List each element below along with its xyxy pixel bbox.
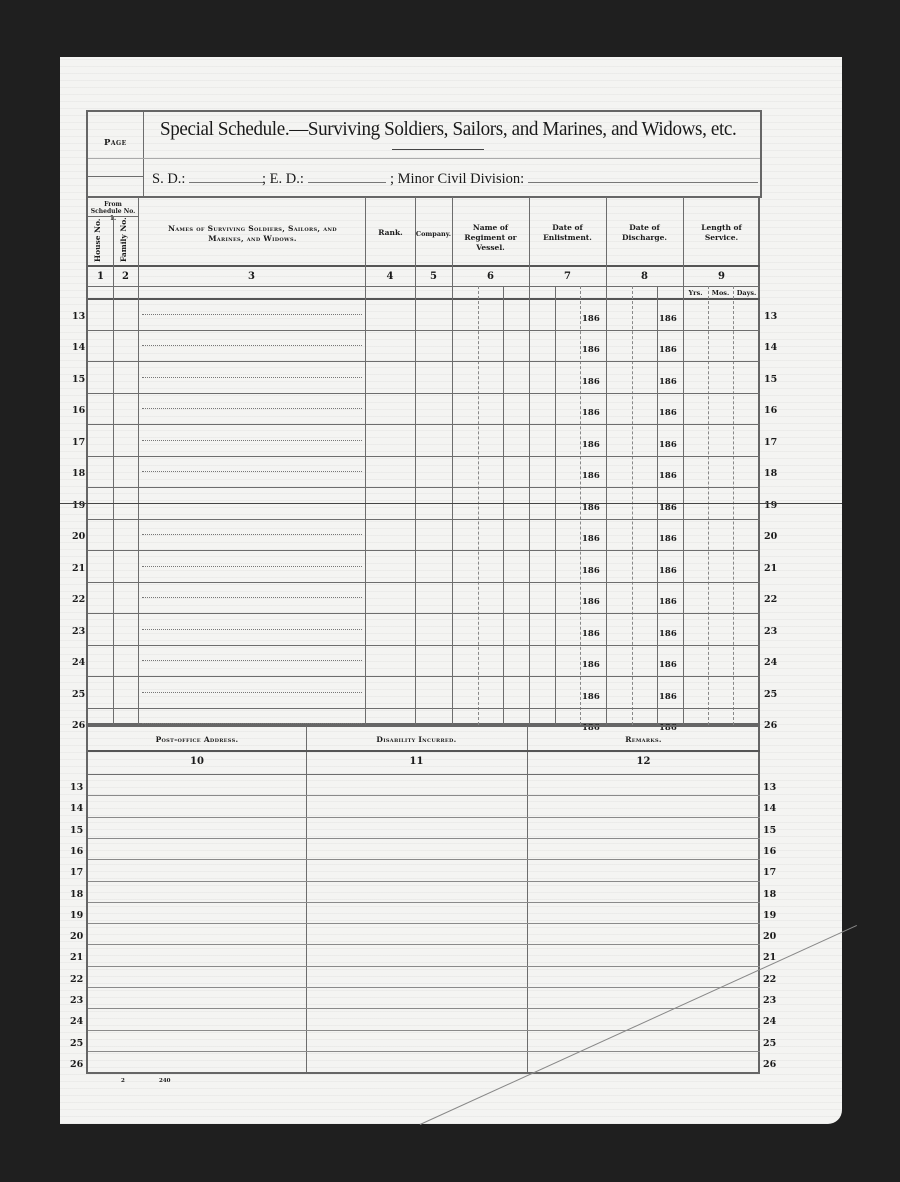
row-number: 24 [764, 657, 777, 668]
year-prefix: 186 [659, 408, 677, 418]
discharge-header-line1: Date of [606, 223, 683, 233]
row-number: 14 [72, 342, 85, 353]
row-number: 19 [764, 500, 777, 511]
house-no-label: House No. [93, 222, 102, 262]
service-header: Length of Service. [683, 223, 760, 243]
enlistment-header-line1: Date of [529, 223, 606, 233]
year-prefix: 186 [582, 629, 600, 639]
row-number: 14 [764, 342, 777, 353]
year-prefix: 186 [582, 566, 600, 576]
lower-table-row[interactable] [88, 838, 760, 859]
lower-row-number: 23 [763, 995, 776, 1006]
title-underline [392, 149, 484, 150]
lower-table-row[interactable] [88, 902, 760, 923]
lower-row-number: 14 [70, 803, 83, 814]
lower-table-row[interactable] [88, 1051, 760, 1072]
name-guide-line [142, 692, 362, 693]
lower-row-number: 13 [70, 782, 83, 793]
discharge-header-line2: Discharge. [606, 233, 683, 243]
mcd-blank[interactable] [528, 170, 758, 183]
header-divider [88, 158, 760, 159]
remarks-header: Remarks. [527, 735, 760, 745]
row-number: 13 [72, 311, 85, 322]
row-number: 15 [764, 374, 777, 385]
ed-field[interactable]: ; E. D.: [262, 170, 386, 188]
year-prefix: 186 [582, 471, 600, 481]
lower-row-number: 22 [763, 974, 776, 985]
row-number: 20 [72, 531, 85, 542]
col-num-1: 1 [88, 271, 113, 282]
year-prefix: 186 [582, 597, 600, 607]
row-number: 22 [72, 594, 85, 605]
sd-label: S. D.: [152, 171, 185, 187]
name-guide-line [142, 471, 362, 472]
column-number-rule [88, 286, 760, 287]
row-number: 21 [72, 563, 85, 574]
row-number: 16 [764, 405, 777, 416]
enlistment-header-line2: Enlistment. [529, 233, 606, 243]
col-num-10: 10 [88, 756, 306, 767]
lower-row-number: 26 [763, 1059, 776, 1070]
col-num-7: 7 [529, 271, 606, 282]
lower-row-number: 15 [70, 825, 83, 836]
row-number: 17 [764, 437, 777, 448]
discharge-header: Date of Discharge. [606, 223, 683, 243]
col-num-3: 3 [138, 271, 365, 282]
col-num-9: 9 [683, 271, 760, 282]
year-prefix: 186 [659, 660, 677, 670]
disability-header: Disability Incurred. [306, 735, 527, 745]
footer-left-mark: 2 [121, 1078, 125, 1084]
lower-header-rule [88, 750, 760, 752]
sd-field[interactable]: S. D.: [152, 170, 263, 188]
year-prefix: 186 [582, 314, 600, 324]
col-num-6: 6 [452, 271, 529, 282]
lower-table-row[interactable] [88, 987, 760, 1008]
enlistment-header: Date of Enlistment. [529, 223, 606, 243]
lower-row-number: 20 [70, 931, 83, 942]
name-guide-line [142, 660, 362, 661]
regiment-header-line1: Name of [452, 223, 529, 233]
lower-row-number: 16 [763, 846, 776, 857]
rank-header: Rank. [366, 228, 415, 238]
year-prefix: 186 [582, 660, 600, 670]
name-guide-line [142, 377, 362, 378]
lower-table-row[interactable] [88, 859, 760, 880]
lower-table-row[interactable] [88, 795, 760, 816]
lower-row-number: 20 [763, 931, 776, 942]
row-number: 26 [72, 720, 85, 731]
row-number: 19 [72, 500, 85, 511]
yrs-label: Yrs. [683, 289, 708, 297]
lower-table-row[interactable] [88, 774, 760, 795]
scan-line-artifact [60, 503, 842, 504]
days-label: Days. [733, 289, 760, 297]
col-num-4: 4 [365, 271, 415, 282]
year-prefix: 186 [582, 377, 600, 387]
lower-row-number: 19 [763, 910, 776, 921]
lower-row-number: 25 [763, 1038, 776, 1049]
lower-table-row[interactable] [88, 966, 760, 987]
col-num-5: 5 [415, 271, 452, 282]
year-prefix: 186 [582, 408, 600, 418]
lower-row-number: 14 [763, 803, 776, 814]
row-number: 24 [72, 657, 85, 668]
name-guide-line [142, 723, 362, 724]
lower-row-number: 19 [70, 910, 83, 921]
row-number: 16 [72, 405, 85, 416]
name-guide-line [142, 566, 362, 567]
name-guide-line [142, 408, 362, 409]
page-number-line [88, 176, 143, 177]
year-prefix: 186 [659, 345, 677, 355]
mcd-label: ; Minor Civil Division: [390, 171, 524, 187]
year-prefix: 186 [659, 629, 677, 639]
row-number: 25 [764, 689, 777, 700]
company-header: Company. [415, 229, 452, 239]
page-cell-divider [143, 112, 144, 196]
row-number: 25 [72, 689, 85, 700]
lower-row-number: 23 [70, 995, 83, 1006]
name-guide-line [142, 534, 362, 535]
page-label: Page [104, 138, 127, 148]
lower-row-number: 13 [763, 782, 776, 793]
year-prefix: 186 [582, 503, 600, 513]
ed-label: ; E. D.: [262, 171, 304, 187]
row-number: 17 [72, 437, 85, 448]
year-prefix: 186 [582, 440, 600, 450]
lower-row-number: 24 [763, 1016, 776, 1027]
ed-blank[interactable] [308, 170, 386, 183]
names-header: Names of Surviving Soldiers, Sailors, an… [140, 224, 365, 244]
regiment-header: Name of Regiment or Vessel. [452, 223, 529, 253]
lower-table-row[interactable] [88, 817, 760, 838]
year-prefix: 186 [582, 692, 600, 702]
row-number: 15 [72, 374, 85, 385]
footer-right-mark: 240 [159, 1078, 170, 1084]
mos-label: Mos. [708, 289, 733, 297]
service-header-line1: Length of [683, 223, 760, 233]
year-prefix: 186 [659, 471, 677, 481]
header-bottom-rule [88, 265, 760, 267]
year-prefix: 186 [659, 440, 677, 450]
col-num-2: 2 [113, 271, 138, 282]
lower-table-row[interactable] [88, 1008, 760, 1029]
row-number: 26 [764, 720, 777, 731]
row-number: 21 [764, 563, 777, 574]
lower-row-number: 15 [763, 825, 776, 836]
service-header-line2: Service. [683, 233, 760, 243]
name-guide-line [142, 314, 362, 315]
year-prefix: 186 [659, 377, 677, 387]
lower-row-number: 21 [70, 952, 83, 963]
lower-row-number: 22 [70, 974, 83, 985]
year-prefix: 186 [659, 534, 677, 544]
year-prefix: 186 [659, 566, 677, 576]
year-prefix: 186 [659, 503, 677, 513]
names-header-line2: Marines, and Widows. [140, 234, 365, 244]
lower-table-row[interactable] [88, 923, 760, 944]
lower-row-number: 26 [70, 1059, 83, 1070]
schedule-title: Special Schedule.—Surviving Soldiers, Sa… [160, 118, 736, 141]
names-header-line1: Names of Surviving Soldiers, Sailors, an… [140, 224, 365, 234]
lower-row-number: 18 [70, 889, 83, 900]
year-prefix: 186 [659, 314, 677, 324]
post-office-header: Post-office Address. [88, 735, 306, 745]
family-no-label: Family No. [119, 222, 128, 262]
col-num-8: 8 [606, 271, 683, 282]
lower-row-number: 16 [70, 846, 83, 857]
lower-row-number: 25 [70, 1038, 83, 1049]
row-number: 23 [72, 626, 85, 637]
name-guide-line [142, 629, 362, 630]
row-number: 22 [764, 594, 777, 605]
mcd-field[interactable]: ; Minor Civil Division: [390, 170, 758, 188]
regiment-header-line2: Regiment or Vessel. [452, 233, 529, 253]
year-prefix: 186 [659, 597, 677, 607]
year-prefix: 186 [582, 345, 600, 355]
year-prefix: 186 [659, 692, 677, 702]
row-number: 18 [72, 468, 85, 479]
row-number: 23 [764, 626, 777, 637]
row-number: 18 [764, 468, 777, 479]
lower-table-row[interactable] [88, 881, 760, 902]
name-guide-line [142, 440, 362, 441]
row-number: 13 [764, 311, 777, 322]
row-number: 20 [764, 531, 777, 542]
year-prefix: 186 [582, 534, 600, 544]
name-guide-line [142, 345, 362, 346]
col-num-12: 12 [527, 756, 760, 767]
lower-row-number: 18 [763, 889, 776, 900]
lower-row-number: 24 [70, 1016, 83, 1027]
col-num-11: 11 [306, 756, 527, 767]
lower-row-number: 17 [763, 867, 776, 878]
lower-table-row[interactable] [88, 944, 760, 965]
sd-blank[interactable] [189, 170, 263, 183]
lower-table-row[interactable] [88, 1030, 760, 1051]
lower-row-number: 17 [70, 867, 83, 878]
name-guide-line [142, 597, 362, 598]
